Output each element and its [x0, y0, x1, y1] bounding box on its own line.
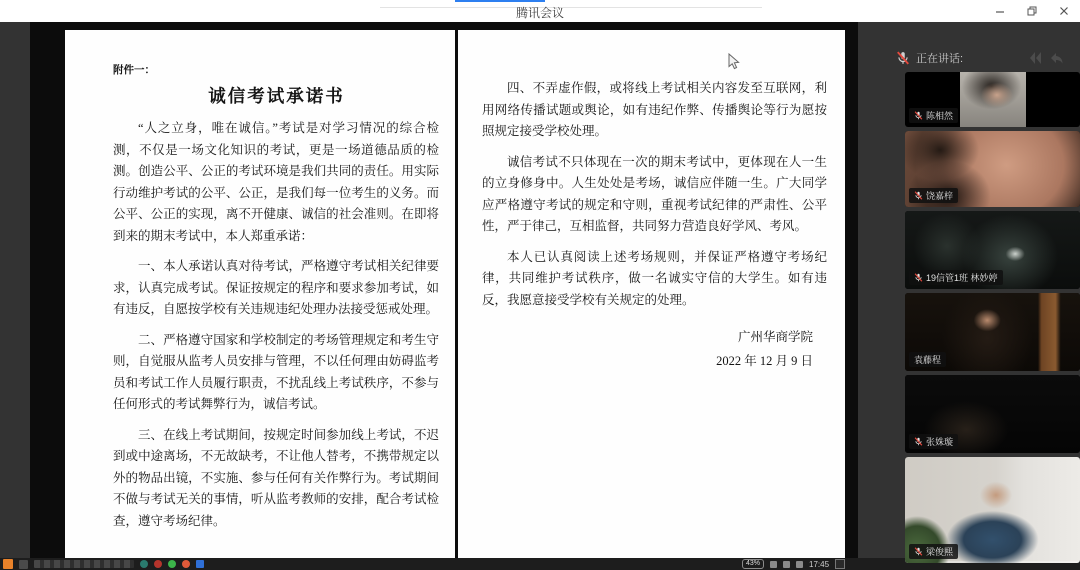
attachment-label: 附件一：: [113, 62, 455, 77]
participant-name: 19信管1班 林妙婷: [926, 271, 998, 284]
network-icon[interactable]: [783, 561, 790, 568]
reply-arrow-icon[interactable]: [1048, 51, 1064, 65]
paragraph: 四、不弄虚作假，或将线上考试相关内容发至互联网，利用网络传播试题或舆论，如有违纪…: [482, 78, 827, 143]
signature-date: 2022 年 12 月 9 日: [482, 349, 813, 373]
muted-mic-icon: [914, 547, 923, 556]
background-tab-accent: [455, 0, 545, 2]
document-page-2: 四、不弄虚作假，或将线上考试相关内容发至互联网，利用网络传播试题或舆论，如有违纪…: [458, 30, 845, 558]
battery-indicator: 43%: [742, 559, 764, 569]
shared-document-backdrop: 附件一： 诚信考试承诺书 “人之立身，唯在诚信。”考试是对学习情况的综合检测，不…: [30, 22, 858, 558]
signature-block: 广州华商学院 2022 年 12 月 9 日: [482, 325, 827, 373]
window-title: 腾讯会议: [0, 4, 1080, 21]
meeting-window-titlebar[interactable]: 腾讯会议: [0, 0, 1080, 22]
participant-name-tag: 19信管1班 林妙婷: [909, 270, 1003, 285]
window-controls: [994, 0, 1070, 22]
participant-name-tag: 张姝璇: [909, 434, 958, 449]
muted-mic-icon: [914, 111, 923, 120]
mouse-cursor-icon: [728, 53, 740, 75]
participant-tile[interactable]: 梁俊熙: [905, 457, 1080, 563]
participant-name: 陈相然: [926, 109, 953, 122]
document-title: 诚信考试承诺书: [113, 83, 440, 108]
taskbar-app-icon[interactable]: [19, 560, 28, 569]
muted-mic-icon: [914, 437, 923, 446]
taskbar-app-icon[interactable]: [196, 560, 204, 568]
paragraph: 诚信考试不只体现在一次的期末考试中，更体现在人一生的立身修身中。人生处处是考场，…: [482, 152, 827, 238]
tray-icon[interactable]: [796, 561, 803, 568]
muted-mic-icon: [896, 51, 910, 65]
taskbar-app-icon[interactable]: [154, 560, 162, 568]
paragraph: 二、严格遵守国家和学校制定的考场管理规定和考生守则，自觉服从监考人员安排与管理，…: [113, 330, 439, 416]
speaking-label: 正在讲话:: [916, 50, 1028, 66]
participant-tile[interactable]: 陈相然: [905, 72, 1080, 127]
taskbar-app-icon[interactable]: [140, 560, 148, 568]
close-button[interactable]: [1058, 5, 1070, 17]
document-page-1: 附件一： 诚信考试承诺书 “人之立身，唯在诚信。”考试是对学习情况的综合检测，不…: [65, 30, 455, 558]
paragraph: “人之立身，唯在诚信。”考试是对学习情况的综合检测，不仅是一场文化知识的考试，更…: [113, 118, 439, 247]
signature-org: 广州华商学院: [482, 325, 813, 349]
muted-mic-icon: [914, 273, 923, 282]
page2-body: 四、不弄虚作假，或将线上考试相关内容发至互联网，利用网络传播试题或舆论，如有违纪…: [458, 30, 845, 373]
double-chevron-icon[interactable]: [1028, 51, 1044, 65]
page1-body: “人之立身，唯在诚信。”考试是对学习情况的综合检测，不仅是一场文化知识的考试，更…: [65, 108, 455, 532]
participant-name-tag: 袁藤程: [909, 352, 946, 367]
wechat-icon[interactable]: [168, 560, 176, 568]
meeting-main-area: 附件一： 诚信考试承诺书 “人之立身，唯在诚信。”考试是对学习情况的综合检测，不…: [0, 22, 1080, 558]
participant-tile[interactable]: 饶嘉梓: [905, 131, 1080, 207]
participant-name-tag: 梁俊熙: [909, 544, 958, 559]
participant-name: 饶嘉梓: [926, 189, 953, 202]
paragraph: 一、本人承诺认真对待考试，严格遵守考试相关纪律要求，认真完成考试。保证按规定的程…: [113, 256, 439, 321]
participant-tile[interactable]: 张姝璇: [905, 375, 1080, 453]
participant-name-tag: 饶嘉梓: [909, 188, 958, 203]
participant-tile[interactable]: 袁藤程: [905, 293, 1080, 371]
minimize-button[interactable]: [994, 5, 1006, 17]
participant-tile[interactable]: 19信管1班 林妙婷: [905, 211, 1080, 289]
participant-name: 张姝璇: [926, 435, 953, 448]
taskbar-app-icon[interactable]: [182, 560, 190, 568]
participant-name: 袁藤程: [914, 353, 941, 366]
clock: 17:45: [809, 560, 829, 569]
muted-mic-icon: [914, 191, 923, 200]
notification-icon[interactable]: [835, 559, 845, 569]
participant-name-tag: 陈相然: [909, 108, 958, 123]
restore-button[interactable]: [1026, 5, 1038, 17]
participant-list: 陈相然 饶嘉梓 19信管1班 林妙婷: [905, 72, 1080, 567]
taskbar-left-icons: [3, 559, 204, 569]
taskbar-app-icon[interactable]: [3, 559, 13, 569]
paragraph: 三、在线上考试期间，按规定时间参加线上考试，不迟到或中途离场，不无故缺考，不让他…: [113, 425, 439, 533]
paragraph: 本人已认真阅读上述考场规则，并保证严格遵守考场纪律，共同维护考试秩序，做一名诚实…: [482, 247, 827, 312]
speaker-icon[interactable]: [770, 561, 777, 568]
participant-name: 梁俊熙: [926, 545, 953, 558]
taskbar-system-tray: 43% 17:45: [742, 559, 845, 569]
desktop-screen: 腾讯会议 附件一： 诚信考试承诺书 “人之立身，唯在诚信。”考试是对学习情况的综…: [0, 0, 1080, 570]
taskbar-search-box[interactable]: [34, 560, 134, 568]
speaking-indicator-row: 正在讲话:: [896, 49, 1068, 67]
panel-header-icons: [1028, 51, 1064, 65]
